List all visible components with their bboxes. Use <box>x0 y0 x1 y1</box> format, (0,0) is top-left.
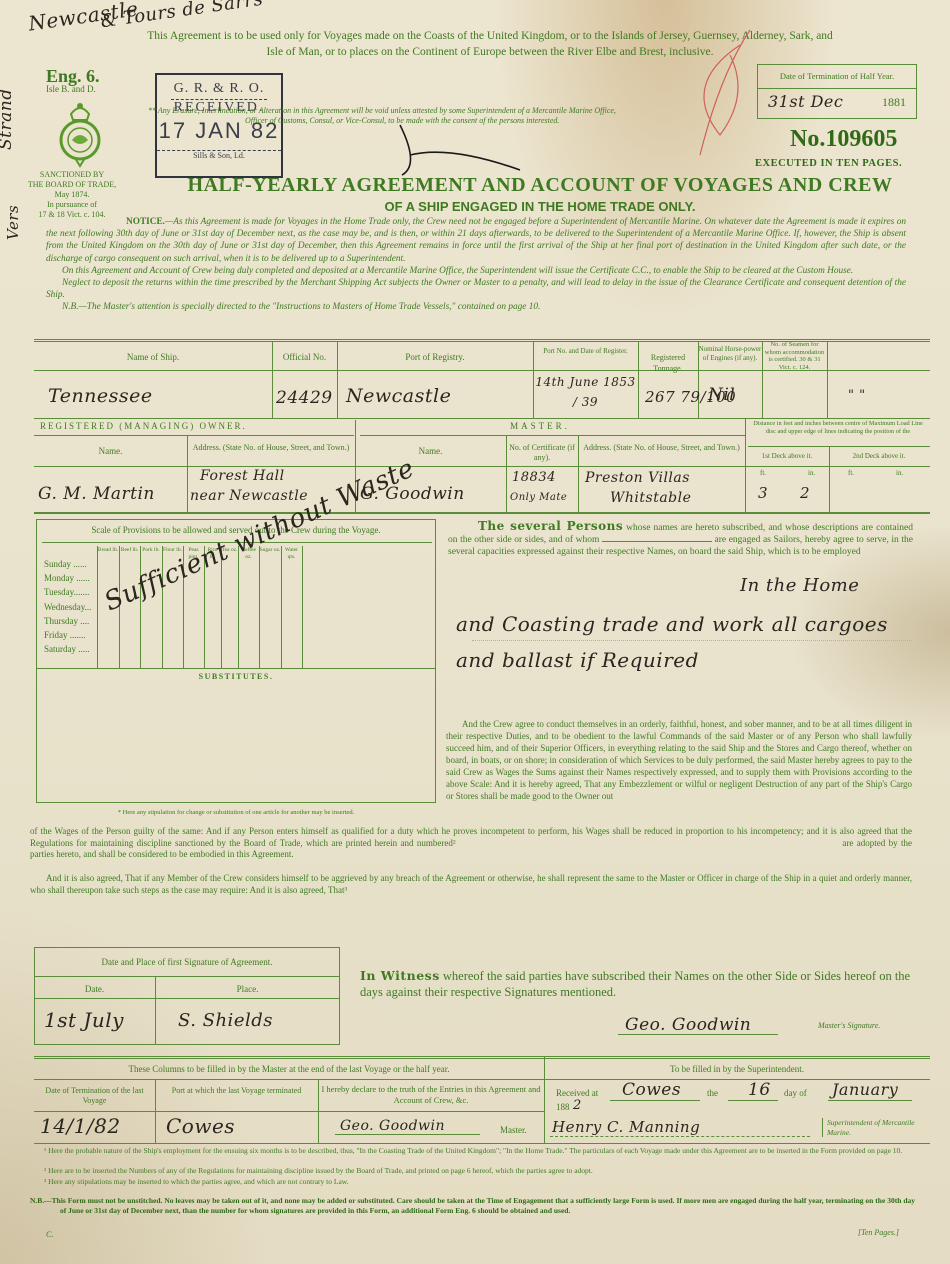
termination-date-value: 14/1/82 <box>40 1114 121 1138</box>
master-label: Master. <box>500 1125 527 1136</box>
owner-address-line1: Forest Hall <box>200 468 285 484</box>
sanction-line: May 1874. <box>12 190 132 200</box>
agreement-number: No.109605 <box>790 126 897 153</box>
footnote-3: ³ Here any stipulations may be inserted … <box>30 1177 920 1187</box>
notice-p2: On this Agreement and Account of Crew be… <box>46 265 906 277</box>
master-signature: Geo. Goodwin <box>625 1015 751 1035</box>
rule <box>259 546 260 668</box>
day-sunday: Sunday ...... <box>44 557 91 571</box>
horsepower-value: Nil <box>708 385 735 405</box>
rule <box>34 976 340 977</box>
rule <box>36 668 436 669</box>
rule <box>745 418 746 512</box>
superintendent-heading: To be filled in by the Superintendent. <box>544 1064 930 1075</box>
rule <box>34 1056 930 1059</box>
header-master-name: Name. <box>355 446 506 457</box>
header-name-of-ship: Name of Ship. <box>34 352 272 363</box>
day-tuesday: Tuesday....... <box>44 585 91 599</box>
crew-agreement-p1: And the Crew agree to conduct themselves… <box>446 718 912 802</box>
distance-heading: Distance in feet and inches between cent… <box>748 420 928 435</box>
owner-heading: REGISTERED (MANAGING) OWNER. <box>40 421 360 432</box>
header-first-deck: 1st Deck above it. <box>745 452 829 461</box>
header-owner-name: Name. <box>34 446 187 457</box>
rule <box>34 418 930 419</box>
form-code-sub: Isle B. and D. <box>46 84 96 94</box>
nb-notice: N.B.—This Form must not be unstitched. N… <box>30 1196 915 1215</box>
col-declaration-label: I hereby declare to the truth of the Ent… <box>318 1084 544 1106</box>
port-terminated-value: Cowes <box>166 1114 235 1138</box>
sanction-text: SANCTIONED BY THE BOARD OF TRADE, May 18… <box>12 170 132 220</box>
stamp-line1: G. R. & R. O. <box>157 81 281 97</box>
notice-p1: —As this Agreement is made for Voyages i… <box>46 217 906 264</box>
sanction-line: In pursuance of <box>12 200 132 210</box>
master-signature-label: Master's Signature. <box>818 1021 880 1030</box>
substitutes-heading: SUBSTITUTES. <box>36 672 436 681</box>
crew-agreement-p2a: of the Wages of the Person guilty of the… <box>30 826 912 848</box>
seamen-value: " " <box>848 388 866 403</box>
master-columns-heading: These Columns to be filled in by the Mas… <box>34 1064 544 1075</box>
signature-line <box>335 1134 480 1135</box>
rule <box>827 342 828 418</box>
employment-line3: and ballast if Required <box>456 648 699 672</box>
termination-label: Date of Termination of Half Year. <box>758 65 916 89</box>
termination-date: 31st Dec <box>768 92 843 111</box>
rule <box>360 435 745 436</box>
ten-pages-mark: [Ten Pages.] <box>858 1228 899 1237</box>
col-beef: Beef lb. <box>119 547 140 554</box>
document-page: Newcastle & Tours de Sarrs Strand Vers T… <box>0 0 950 1264</box>
rule <box>34 466 930 467</box>
stamp-line4: Sills & Son, Ld. <box>157 150 281 160</box>
superintendent-signature: Henry C. Manning <box>552 1118 700 1136</box>
rule <box>34 998 340 999</box>
header-master-address: Address. (State No. of House, Street, an… <box>578 443 745 453</box>
day-thursday: Thursday .... <box>44 614 91 628</box>
first-signature-place: S. Shields <box>178 1010 273 1031</box>
termination-box: Date of Termination of Half Year. 31st D… <box>757 64 917 119</box>
received-month-value: January <box>832 1080 898 1099</box>
received-year-value: 2 <box>573 1098 582 1113</box>
certificate-note: Only Mate <box>510 492 567 503</box>
rule <box>97 546 98 668</box>
header-second-deck: 2nd Deck above it. <box>829 452 929 461</box>
the-label: the <box>707 1088 718 1099</box>
employment-line1: In the Home <box>740 575 859 596</box>
page-subtitle: OF A SHIP ENGAGED IN THE HOME TRADE ONLY… <box>140 199 940 214</box>
port-registry-value: Newcastle <box>346 385 451 407</box>
field-line <box>610 1100 700 1101</box>
erasure-note-1: ** Any Erasure, Interlineation, or Alter… <box>148 106 748 115</box>
unit-ft: ft. <box>760 469 766 478</box>
received-stamp: G. R. & R. O. RECEIVED. 17 JAN 82 Sills … <box>155 73 283 178</box>
employment-line2: and Coasting trade and work all cargoes <box>456 612 888 636</box>
col-bread: Bread lb. <box>97 547 119 554</box>
rule <box>748 446 930 447</box>
royal-crest-icon <box>57 100 103 168</box>
termination-year: 1881 <box>882 95 906 110</box>
provisions-footnote: * Here any stipulation for change or sub… <box>36 809 436 816</box>
header-note-line2: Isle of Man, or to places on the Contine… <box>60 46 920 58</box>
header-certificate: No. of Certificate (if any). <box>506 443 578 463</box>
place-label: Place. <box>155 984 340 995</box>
col-termination-date-label: Date of Termination of the last Voyage <box>34 1086 155 1106</box>
notice-p4: N.B.—The Master's attention is specially… <box>46 301 906 313</box>
rule <box>140 546 141 668</box>
unit-in: in. <box>896 469 903 478</box>
first-deck-in: 2 <box>800 484 810 502</box>
rule <box>302 546 303 668</box>
field-line <box>728 1100 778 1101</box>
crew-agreement-p2: of the Wages of the Person guilty of the… <box>30 826 912 861</box>
rule <box>34 512 930 514</box>
rule <box>281 546 282 668</box>
persons-block: The several Persons whose names are here… <box>448 520 913 558</box>
header-seamen: No. of Seamen for whom accommodation is … <box>762 341 827 371</box>
rule <box>34 1143 930 1144</box>
ship-name-value: Tennessee <box>48 385 153 407</box>
header-horsepower: Nominal Horse-power of Engines (if any). <box>698 345 762 363</box>
sanction-line: SANCTIONED BY <box>12 170 132 180</box>
footnote-1: ¹ Here the probable nature of the Ship's… <box>30 1146 920 1156</box>
rule <box>34 1079 930 1080</box>
rule <box>544 1056 545 1143</box>
received-year-prefix: 188 <box>556 1102 570 1113</box>
page-mark: C. <box>46 1230 53 1239</box>
master-address-line1: Preston Villas <box>585 470 690 486</box>
header-owner-address: Address. (State No. of House, Street, an… <box>187 443 355 453</box>
notice-lead: NOTICE. <box>126 217 165 227</box>
day-wednesday: Wednesday... <box>44 600 91 614</box>
field-line <box>828 1100 912 1101</box>
day-monday: Monday ...... <box>44 571 91 585</box>
col-pork: Pork lb. <box>140 547 162 554</box>
header-port-no: Port No. and Date of Register. <box>533 347 638 356</box>
first-signature-date: 1st July <box>44 1008 124 1032</box>
superintendent-label: Superintendent of Mercantile Marine. <box>822 1118 927 1137</box>
owner-address-line2: near Newcastle <box>190 488 308 504</box>
first-deck-ft: 3 <box>758 484 768 502</box>
page-title: HALF-YEARLY AGREEMENT AND ACCOUNT OF VOY… <box>140 174 940 197</box>
official-no-value: 24429 <box>276 388 333 408</box>
master-heading: MASTER. <box>360 421 720 432</box>
provisions-days: Sunday ...... Monday ...... Tuesday.....… <box>44 557 91 656</box>
col-flour: Flour lb. <box>162 547 183 554</box>
col-port-terminated-label: Port at which the last Voyage terminated <box>155 1086 318 1096</box>
signature-line <box>618 1034 778 1035</box>
executed-label: EXECUTED IN TEN PAGES. <box>755 158 902 169</box>
certificate-value: 18834 <box>512 470 556 485</box>
received-at-value: Cowes <box>622 1080 681 1100</box>
header-tonnage: Registered Tonnage. <box>638 352 698 374</box>
port-no-value: 14th June 1853 / 39 <box>533 372 638 412</box>
witness-block: In Witness whereof the said parties have… <box>360 968 915 1000</box>
day-of-label: day of <box>784 1088 807 1099</box>
declaration-signature: Geo. Goodwin <box>340 1118 445 1134</box>
witness-lead: In Witness <box>360 968 440 983</box>
unit-in: in. <box>808 469 815 478</box>
rule <box>34 435 354 436</box>
persons-lead: The several Persons <box>478 519 623 533</box>
owner-name-value: G. M. Martin <box>38 484 155 504</box>
blank-line <box>602 541 712 542</box>
header-note-line1: This Agreement is to be used only for Vo… <box>60 30 920 42</box>
unit-ft: ft. <box>848 469 854 478</box>
footnote-2: ² Here are to be inserted the Numbers of… <box>30 1166 920 1176</box>
rule <box>472 640 912 641</box>
crew-agreement-p3: And it is also agreed, That if any Membe… <box>30 873 912 896</box>
day-saturday: Saturday ..... <box>44 642 91 656</box>
rule <box>238 546 239 668</box>
date-label: Date. <box>34 984 155 995</box>
received-day-value: 16 <box>748 1080 771 1100</box>
day-friday: Friday ....... <box>44 628 91 642</box>
col-water: Water qts. <box>281 547 302 560</box>
signature-line <box>550 1136 810 1137</box>
sanction-line: THE BOARD OF TRADE, <box>12 180 132 190</box>
notice-block: NOTICE.—As this Agreement is made for Vo… <box>46 216 906 314</box>
header-official-no: Official No. <box>272 352 337 363</box>
first-signature-heading: Date and Place of first Signature of Agr… <box>34 957 340 968</box>
witness-text: whereof the said parties have subscribed… <box>360 969 910 999</box>
header-port-registry: Port of Registry. <box>337 352 533 363</box>
handwritten-strand: Strand <box>0 80 16 150</box>
notice-p3: Neglect to deposit the returns within th… <box>46 277 906 301</box>
master-address-line2: Whitstable <box>610 490 691 506</box>
rule <box>34 1111 544 1112</box>
